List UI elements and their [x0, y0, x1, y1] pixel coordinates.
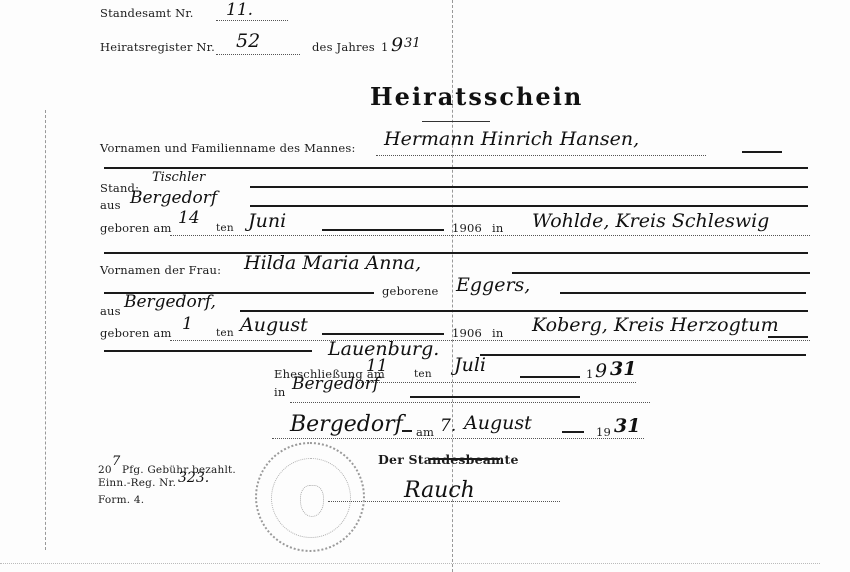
standesamt-label: Standesamt Nr.	[100, 6, 194, 20]
husband-rule-1	[104, 167, 808, 169]
stand-value: Tischler	[152, 170, 205, 185]
husband-born-label: geboren am	[100, 221, 172, 235]
fee-prefix: 20	[98, 464, 112, 476]
wife-in-label: in	[492, 326, 504, 340]
register-label: Heiratsregister Nr.	[100, 40, 215, 54]
issue-year-prefix: 19	[596, 425, 611, 439]
standesamt-value: 11.	[226, 0, 253, 20]
wife-rule-cont-left	[104, 350, 312, 352]
marriage-place-dots	[290, 402, 650, 403]
husband-ten-label: ten	[216, 222, 234, 234]
marriage-in-label: in	[274, 385, 286, 399]
year-value: 31	[404, 36, 421, 51]
register-value: 52	[236, 30, 260, 52]
issue-month: August	[464, 412, 532, 434]
husband-aus-value: Bergedorf	[130, 188, 217, 208]
husband-aus-label: aus	[100, 198, 121, 212]
einn-label: Einn.-Reg. Nr.	[98, 477, 176, 489]
wife-maiden-value: Eggers,	[456, 274, 530, 296]
year-prefix: 1	[381, 40, 389, 54]
husband-rule-2	[104, 252, 808, 254]
wife-name-value: Hilda Maria Anna,	[244, 252, 421, 274]
wife-aus-rule	[240, 310, 808, 312]
husband-born-rule	[322, 229, 444, 231]
issue-place-rule	[402, 430, 412, 432]
form-label: Form. 4.	[98, 494, 144, 506]
official-seal-icon	[255, 442, 365, 552]
husband-name-label: Vornamen und Familienname des Mannes:	[100, 141, 356, 155]
marriage-rule	[520, 376, 580, 378]
paper-bottom-edge	[0, 563, 820, 564]
husband-name-value: Hermann Hinrich Hansen,	[384, 128, 639, 150]
husband-name-rule	[742, 151, 782, 153]
marriage-ten-label: ten	[414, 368, 432, 380]
wife-name-label: Vornamen der Frau:	[100, 263, 221, 277]
stand-rule	[250, 186, 808, 188]
marriage-day: 11	[366, 356, 388, 376]
seal-inner-ring	[271, 458, 351, 538]
wife-place-rule	[768, 336, 808, 338]
husband-name-dots	[376, 155, 706, 156]
marriage-place: Bergedorf	[292, 374, 379, 394]
marriage-month: Juli	[454, 354, 486, 376]
year-label: des Jahres	[312, 40, 375, 54]
year-digit: 9	[391, 34, 403, 56]
wife-born-day: 1	[182, 314, 193, 334]
husband-aus-rule	[250, 205, 808, 207]
register-dots	[216, 54, 300, 55]
einn-value: 323.	[178, 470, 209, 486]
fee-handwritten: 7	[112, 454, 120, 469]
seal-emblem-icon	[300, 485, 324, 517]
wife-name-rule	[512, 272, 810, 274]
wife-aus-value: Bergedorf,	[124, 292, 216, 312]
wife-maiden-rule	[560, 292, 806, 294]
wife-rule-cont-right	[480, 354, 806, 356]
wife-born-place: Koberg, Kreis Herzogtum	[532, 314, 779, 336]
marriage-year-nine: 9	[595, 360, 607, 382]
husband-born-dots	[170, 235, 810, 236]
issue-month-rule	[562, 431, 584, 433]
husband-born-day: 14	[178, 208, 200, 228]
standesamt-dots	[216, 20, 288, 21]
wife-ten-label: ten	[216, 327, 234, 339]
marriage-year-prefix: 1	[586, 367, 594, 381]
marriage-year-value: 31	[610, 358, 636, 380]
title-underline	[422, 121, 490, 122]
paper-edge-left	[45, 110, 46, 550]
wife-born-rule	[322, 333, 444, 335]
issue-day: 7.	[440, 416, 456, 436]
wife-aus-label: aus	[100, 304, 121, 318]
husband-born-month: Juni	[248, 210, 286, 232]
official-strike	[428, 458, 500, 460]
issue-place: Bergedorf	[290, 412, 403, 437]
husband-in-label: in	[492, 221, 504, 235]
official-signature: Rauch	[404, 478, 475, 503]
wife-born-year: 1906	[452, 326, 482, 340]
issue-dots	[272, 438, 644, 439]
document-title: Heiratsschein	[370, 82, 583, 111]
marriage-dots	[356, 382, 636, 383]
husband-born-year: 1906	[452, 221, 482, 235]
wife-born-month: August	[240, 314, 308, 336]
issue-year-value: 31	[614, 415, 640, 437]
marriage-place-rule	[410, 396, 580, 398]
marriage-certificate: Standesamt Nr. 11. Heiratsregister Nr. 5…	[0, 0, 850, 572]
wife-born-label: geboren am	[100, 326, 172, 340]
wife-maiden-label: geborene	[382, 284, 439, 298]
issue-am-label: am	[416, 425, 434, 439]
husband-born-place: Wohlde, Kreis Schleswig	[532, 210, 769, 232]
wife-born-dots	[170, 340, 810, 341]
